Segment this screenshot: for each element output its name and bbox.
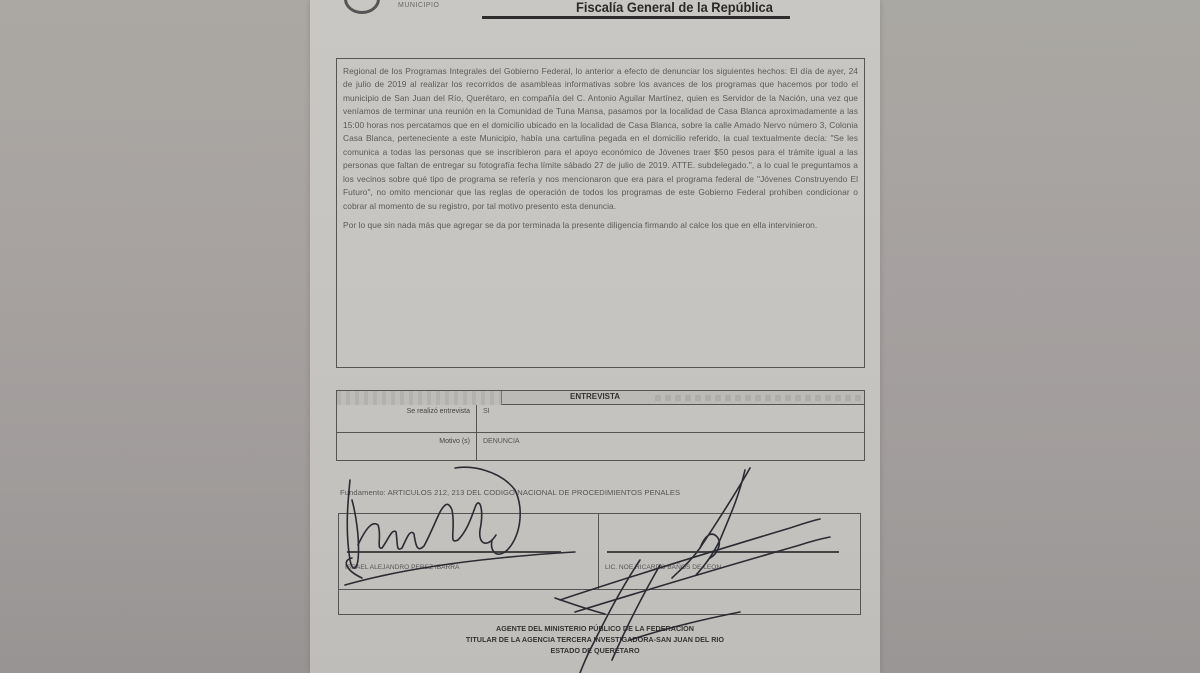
- interview-table: ENTREVISTA Se realizó entrevista SI Moti…: [336, 390, 865, 461]
- footer-line: AGENTE DEL MINISTERIO PÚBLICO DE LA FEDE…: [324, 623, 866, 634]
- footer-block: AGENTE DEL MINISTERIO PÚBLICO DE LA FEDE…: [310, 623, 880, 656]
- signature-cell-right: LIC. NOE RICARDO BAÑOS DE LEON: [599, 514, 860, 590]
- signer-name: LIC. NOE RICARDO BAÑOS DE LEON: [605, 564, 721, 571]
- header-rule: [482, 16, 790, 19]
- background-left: [0, 0, 310, 673]
- row-label: Motivo (s): [337, 433, 477, 460]
- row-value: SI: [483, 408, 490, 415]
- legal-basis: Fundamento: ARTICULOS 212, 213 DEL CODIG…: [340, 488, 680, 497]
- narrative-paragraph: Por lo que sin nada más que agregar se d…: [343, 219, 858, 232]
- agency-name: Fiscalía General de la República: [576, 0, 773, 15]
- footer-line: ESTADO DE QUERÉTARO: [324, 645, 866, 656]
- seal-label: MUNICIPIO: [398, 2, 439, 9]
- table-row: Motivo (s) DENUNCIA: [337, 433, 864, 460]
- signature-line: [347, 551, 561, 553]
- background-right: [870, 0, 1200, 673]
- table-row: Se realizó entrevista SI: [337, 405, 864, 433]
- narrative-box: Regional de los Programas Integrales del…: [336, 58, 865, 368]
- document-page: MUNICIPIO Fiscalía General de la Repúbli…: [310, 0, 880, 673]
- signature-cell-left: ISRAEL ALEJANDRO PEREZ IBARRA: [339, 514, 599, 590]
- interview-table-header: ENTREVISTA: [337, 391, 864, 405]
- row-label: Se realizó entrevista: [337, 405, 477, 432]
- header-shading: [337, 391, 502, 405]
- signature-line: [607, 551, 839, 553]
- header-shading: [655, 395, 863, 401]
- footer-line: TITULAR DE LA AGENCIA TERCERA INVESTIGAD…: [324, 634, 866, 645]
- document-header: MUNICIPIO Fiscalía General de la Repúbli…: [340, 0, 840, 24]
- narrative-paragraph: Regional de los Programas Integrales del…: [343, 65, 858, 213]
- signature-table: ISRAEL ALEJANDRO PEREZ IBARRA LIC. NOE R…: [338, 513, 861, 615]
- signer-name: ISRAEL ALEJANDRO PEREZ IBARRA: [345, 564, 459, 571]
- narrative-text: Regional de los Programas Integrales del…: [343, 65, 858, 232]
- row-value: DENUNCIA: [483, 438, 520, 445]
- seal-icon: [344, 0, 380, 14]
- interview-title: ENTREVISTA: [570, 392, 620, 401]
